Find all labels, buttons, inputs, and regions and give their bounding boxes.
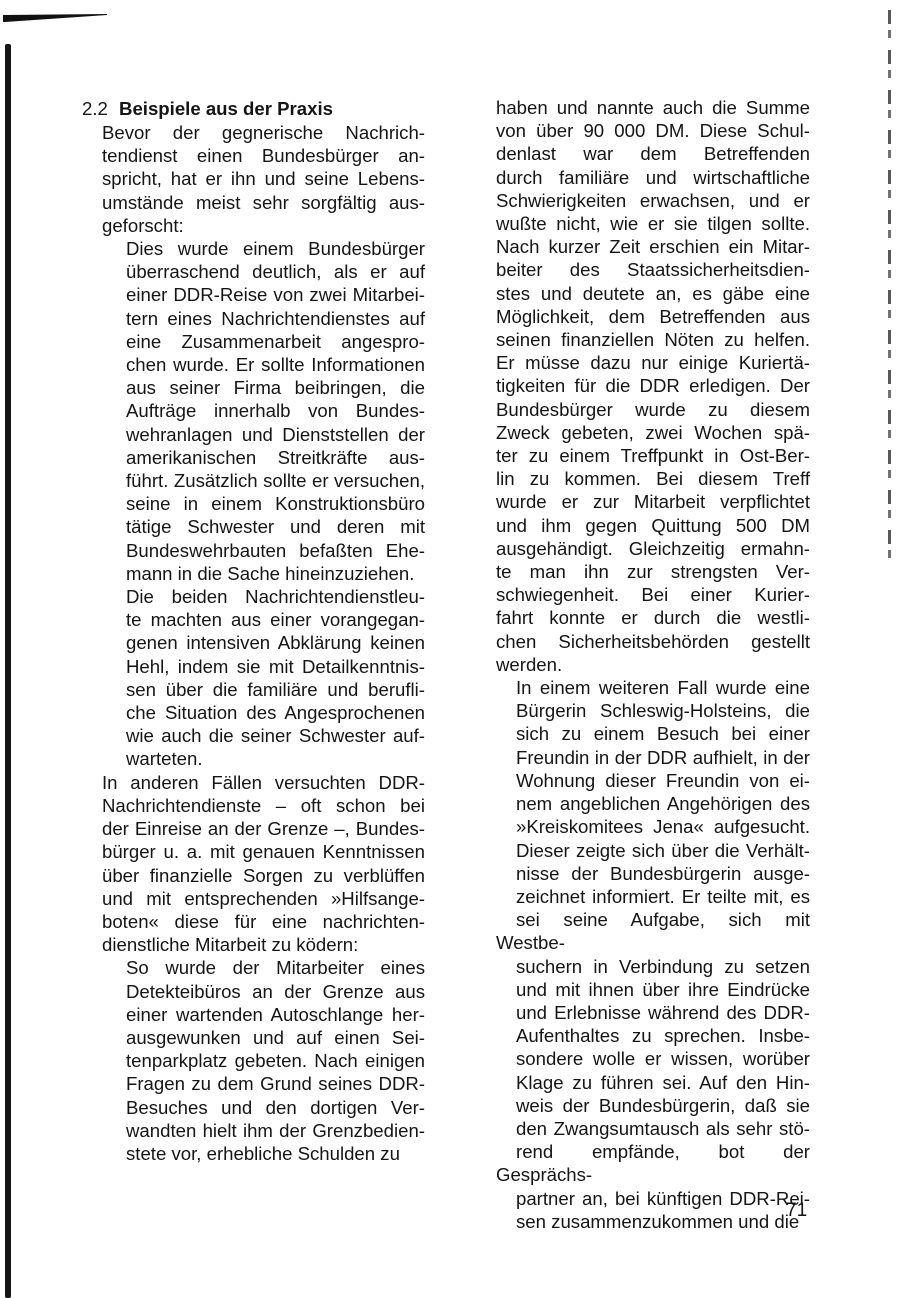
- text-line: fahrt konnte er durch die westli-: [496, 606, 810, 629]
- text-line: ausgewunken und auf einen Sei-: [112, 1026, 425, 1049]
- scan-artifact-binding-edge: [5, 44, 11, 1298]
- text-line: haben und nannte auch die Summe: [496, 96, 810, 119]
- text-line: nem angeblichen Angehörigen des: [496, 792, 810, 815]
- text-line: Freundin in der DDR aufhielt, in der: [496, 746, 810, 769]
- text-line: tätige Schwester und deren mit: [112, 515, 425, 538]
- text-line: chen wurde. Er sollte Informationen: [112, 353, 425, 376]
- text-line: wehranlagen und Dienststellen der: [112, 423, 425, 446]
- text-line: sich zu einem Besuch bei einer: [496, 722, 810, 745]
- text-line: tern eines Nachrichtendienstes auf: [112, 307, 425, 330]
- text-line: aus seiner Firma beibringen, die: [112, 376, 425, 399]
- text-line: Fragen zu dem Grund seines DDR-: [112, 1072, 425, 1095]
- text-line: In einem weiteren Fall wurde eine: [496, 676, 810, 699]
- text-line: suchern in Verbindung zu setzen: [496, 955, 810, 978]
- section-number: 2.2: [82, 98, 108, 119]
- text-line: Möglichkeit, dem Betreffenden aus: [496, 305, 810, 328]
- text-line: Bundeswehrbauten befaßten Ehe-: [112, 539, 425, 562]
- text-line: wurde er zur Mitarbeit verpflichtet: [496, 490, 810, 513]
- text-line: tenparkplatz gebeten. Nach einigen: [112, 1049, 425, 1072]
- text-line: sei seine Aufgabe, sich mit Westbe-: [496, 908, 810, 954]
- text-line: Aufenthaltes zu sprechen. Insbe-: [496, 1024, 810, 1047]
- text-line: und mit ihnen über ihre Eindrücke: [496, 978, 810, 1001]
- text-line: Nachrichtendienste – oft schon bei: [82, 794, 425, 817]
- text-line: zeichnet informiert. Er teilte mit, es: [496, 885, 810, 908]
- text-line: mann in die Sache hineinzuziehen.: [112, 562, 425, 585]
- text-line: und mit entsprechenden »Hilfsange-: [82, 887, 425, 910]
- text-line: schwiegenheit. Bei einer Kurier-: [496, 583, 810, 606]
- text-line: und ihm gegen Quittung 500 DM: [496, 514, 810, 537]
- text-line: denlast war dem Betreffenden: [496, 142, 810, 165]
- section-heading: 2.2 Beispiele aus der Praxis: [82, 96, 425, 121]
- text-line: den Zwangsumtausch als sehr stö-: [496, 1117, 810, 1140]
- text-line: Die beiden Nachrichtendienstleu-: [112, 585, 425, 608]
- text-line: seinen finanziellen Nöten zu helfen.: [496, 328, 810, 351]
- text-line: rend empfände, bot der Gesprächs-: [496, 1140, 810, 1186]
- paragraph-schleswig-holstein: In einem weiteren Fall wurde eineBürgeri…: [496, 676, 810, 1233]
- text-line: stes und deutete an, es gäbe eine: [496, 282, 810, 305]
- text-line: stete vor, erhebliche Schulden zu: [112, 1142, 425, 1165]
- text-line: einer DDR-Reise von zwei Mitarbei-: [112, 283, 425, 306]
- text-line: weis der Bundesbürgerin, daß sie: [496, 1094, 810, 1117]
- text-line: seine in einem Konstruktionsbüro: [112, 492, 425, 515]
- text-line: Hehl, indem sie mit Detailkenntnis-: [112, 655, 425, 678]
- text-line: von über 90 000 DM. Diese Schul-: [496, 119, 810, 142]
- text-line: umstände meist sehr sorgfältig aus-: [82, 191, 425, 214]
- text-line: eine Zusammenarbeit angespro-: [112, 330, 425, 353]
- text-line: Detekteibüros an der Grenze aus: [112, 980, 425, 1003]
- text-line: über finanzielle Sorgen zu verblüffen: [82, 864, 425, 887]
- paragraph-intro: Bevor der gegnerische Nachrich-tendienst…: [82, 121, 425, 237]
- text-line: Nach kurzer Zeit erschien ein Mitar-: [496, 235, 810, 258]
- text-line: durch familiäre und wirtschaftliche: [496, 166, 810, 189]
- paragraph-example-ddr-trip: Dies wurde einem Bundesbürgerüberraschen…: [112, 237, 425, 585]
- text-line: der Einreise an der Grenze –, Bundes-: [82, 817, 425, 840]
- text-line: ausgehändigt. Gleichzeitig ermahn-: [496, 537, 810, 560]
- paragraph-financial-worries: In anderen Fällen versuchten DDR-Nachric…: [82, 771, 425, 957]
- text-line: dienstliche Mitarbeit zu ködern:: [82, 933, 425, 956]
- text-line: »Kreiskomitees Jena« aufgesucht.: [496, 815, 810, 838]
- text-line: Bürgerin Schleswig-Holsteins, die: [496, 699, 810, 722]
- page-number: 71: [786, 1200, 807, 1222]
- paragraph-example-detail-knowledge: Die beiden Nachrichtendienstleu-te macht…: [112, 585, 425, 771]
- text-line: lin zu kommen. Bei diesem Treff: [496, 467, 810, 490]
- text-line: führt. Zusätzlich sollte er versuchen,: [112, 469, 425, 492]
- text-line: boten« diese für eine nachrichten-: [82, 910, 425, 933]
- text-line: beiter des Staatssicherheitsdien-: [496, 258, 810, 281]
- text-line: So wurde der Mitarbeiter eines: [112, 956, 425, 979]
- text-line: Schwierigkeiten erwachsen, und er: [496, 189, 810, 212]
- text-line: Wohnung dieser Freundin von ei-: [496, 769, 810, 792]
- text-line: te machten aus einer vorangegan-: [112, 608, 425, 631]
- text-line: tendienst einen Bundesbürger an-: [82, 144, 425, 167]
- text-line: wußte nicht, wie er sie tilgen sollte.: [496, 212, 810, 235]
- text-line: sen über die familiäre und berufli-: [112, 678, 425, 701]
- text-line: werden.: [496, 653, 810, 676]
- text-line: ter zu einem Treffpunkt in Ost-Ber-: [496, 444, 810, 467]
- text-line: geforscht:: [82, 214, 425, 237]
- text-line: Zweck gebeten, zwei Wochen spä-: [496, 421, 810, 444]
- text-line: überraschend deutlich, als er auf: [112, 260, 425, 283]
- scan-artifact-right-edge: [888, 10, 891, 570]
- text-line: wandten hielt ihm der Grenzbedien-: [112, 1119, 425, 1142]
- text-line: spricht, hat er ihn und seine Lebens-: [82, 167, 425, 190]
- text-line: bürger u. a. mit genauen Kenntnissen: [82, 840, 425, 863]
- scan-artifact-top: [3, 10, 107, 20]
- text-line: Bevor der gegnerische Nachrich-: [82, 121, 425, 144]
- text-line: che Situation des Angesprochenen: [112, 701, 425, 724]
- text-line: chen Sicherheitsbehörden gestellt: [496, 630, 810, 653]
- text-line: sen zusammenzukommen und die: [496, 1210, 810, 1233]
- text-line: Besuches und den dortigen Ver-: [112, 1096, 425, 1119]
- text-line: und Erlebnisse während des DDR-: [496, 1001, 810, 1024]
- text-line: genen intensiven Abklärung keinen: [112, 631, 425, 654]
- text-line: nisse der Bundesbürgerin ausge-: [496, 862, 810, 885]
- paragraph-example-detective-continued: haben und nannte auch die Summevon über …: [496, 96, 810, 676]
- text-line: In anderen Fällen versuchten DDR-: [82, 771, 425, 794]
- text-line: partner an, bei künftigen DDR-Rei-: [496, 1187, 810, 1210]
- left-column: 2.2 Beispiele aus der Praxis Bevor der g…: [82, 96, 425, 1165]
- text-line: einer wartenden Autoschlange her-: [112, 1003, 425, 1026]
- section-title: Beispiele aus der Praxis: [119, 98, 333, 119]
- text-line: tigkeiten für die DDR erledigen. Der: [496, 374, 810, 397]
- text-line: amerikanischen Streitkräfte aus-: [112, 446, 425, 469]
- text-line: warteten.: [112, 747, 425, 770]
- text-line: Dies wurde einem Bundesbürger: [112, 237, 425, 260]
- text-line: Bundesbürger wurde zu diesem: [496, 398, 810, 421]
- text-line: te man ihn zur strengsten Ver-: [496, 560, 810, 583]
- text-line: Dieser zeigte sich über die Verhält-: [496, 839, 810, 862]
- text-line: Klage zu führen sei. Auf den Hin-: [496, 1071, 810, 1094]
- text-line: Aufträge innerhalb von Bundes-: [112, 399, 425, 422]
- paragraph-example-detective: So wurde der Mitarbeiter einesDetekteibü…: [112, 956, 425, 1165]
- text-line: Er müsse dazu nur einige Kuriertä-: [496, 351, 810, 374]
- right-column: haben und nannte auch die Summevon über …: [496, 96, 810, 1233]
- text-line: sondere wolle er wissen, worüber: [496, 1047, 810, 1070]
- text-line: wie auch die seiner Schwester auf-: [112, 724, 425, 747]
